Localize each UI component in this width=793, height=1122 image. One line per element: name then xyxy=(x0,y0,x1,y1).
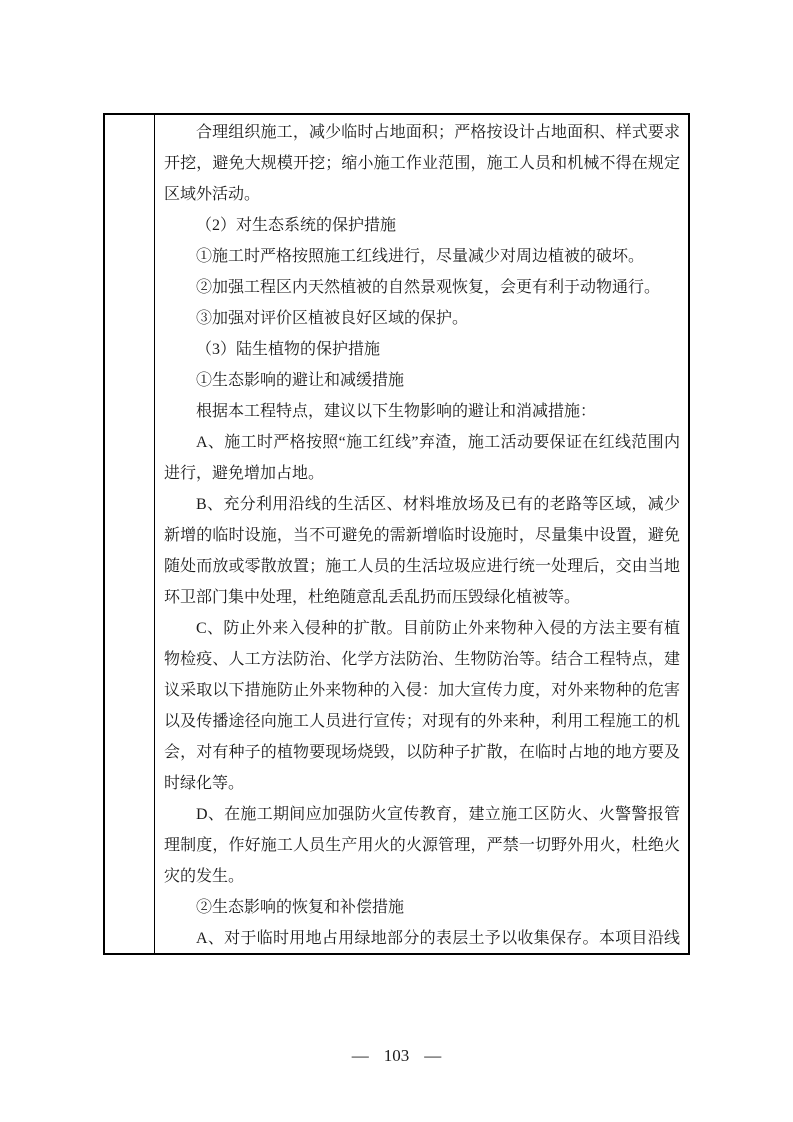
body-paragraph: C、防止外来入侵种的扩散。目前防止外来物种入侵的方法主要有植物检疫、人工方法防治… xyxy=(164,613,680,799)
report-form-table: 合理组织施工，减少临时占地面积；严格按设计占地面积、样式要求开挖，避免大规模开挖… xyxy=(103,113,690,955)
page-footer: — 103 — xyxy=(0,1046,793,1066)
body-paragraph: ②加强工程区内天然植被的自然景观恢复，会更有利于动物通行。 xyxy=(164,272,680,303)
body-paragraph: ③加强对评价区植被良好区域的保护。 xyxy=(164,303,680,334)
body-paragraph: B、充分利用沿线的生活区、材料堆放场及已有的老路等区域，减少新增的临时设施，当不… xyxy=(164,489,680,613)
sub-heading: ②生态影响的恢复和补偿措施 xyxy=(164,892,680,923)
footer-dash-left: — xyxy=(352,1046,369,1066)
table-stub-column xyxy=(105,115,155,953)
footer-dash-right: — xyxy=(424,1046,441,1066)
body-paragraph: 根据本工程特点，建议以下生物影响的避让和消减措施： xyxy=(164,396,680,427)
section-heading: （3）陆生植物的保护措施 xyxy=(164,334,680,365)
body-paragraph: A、对于临时用地占用绿地部分的表层土予以收集保存。本项目沿线绿地腐殖土层厚度约 … xyxy=(164,923,680,953)
sub-heading: ①生态影响的避让和减缓措施 xyxy=(164,365,680,396)
page-number: 103 xyxy=(384,1046,410,1066)
body-paragraph: D、在施工期间应加强防火宣传教育，建立施工区防火、火警警报管理制度，作好施工人员… xyxy=(164,799,680,892)
body-paragraph: A、施工时严格按照“施工红线”弃渣，施工活动要保证在红线范围内进行，避免增加占地… xyxy=(164,427,680,489)
body-paragraph: ①施工时严格按照施工红线进行，尽量减少对周边植被的破坏。 xyxy=(164,241,680,272)
table-content-cell: 合理组织施工，减少临时占地面积；严格按设计占地面积、样式要求开挖，避免大规模开挖… xyxy=(155,115,688,953)
document-page: 合理组织施工，减少临时占地面积；严格按设计占地面积、样式要求开挖，避免大规模开挖… xyxy=(0,0,793,1122)
section-heading: （2）对生态系统的保护措施 xyxy=(164,210,680,241)
body-paragraph: 合理组织施工，减少临时占地面积；严格按设计占地面积、样式要求开挖，避免大规模开挖… xyxy=(164,117,680,210)
